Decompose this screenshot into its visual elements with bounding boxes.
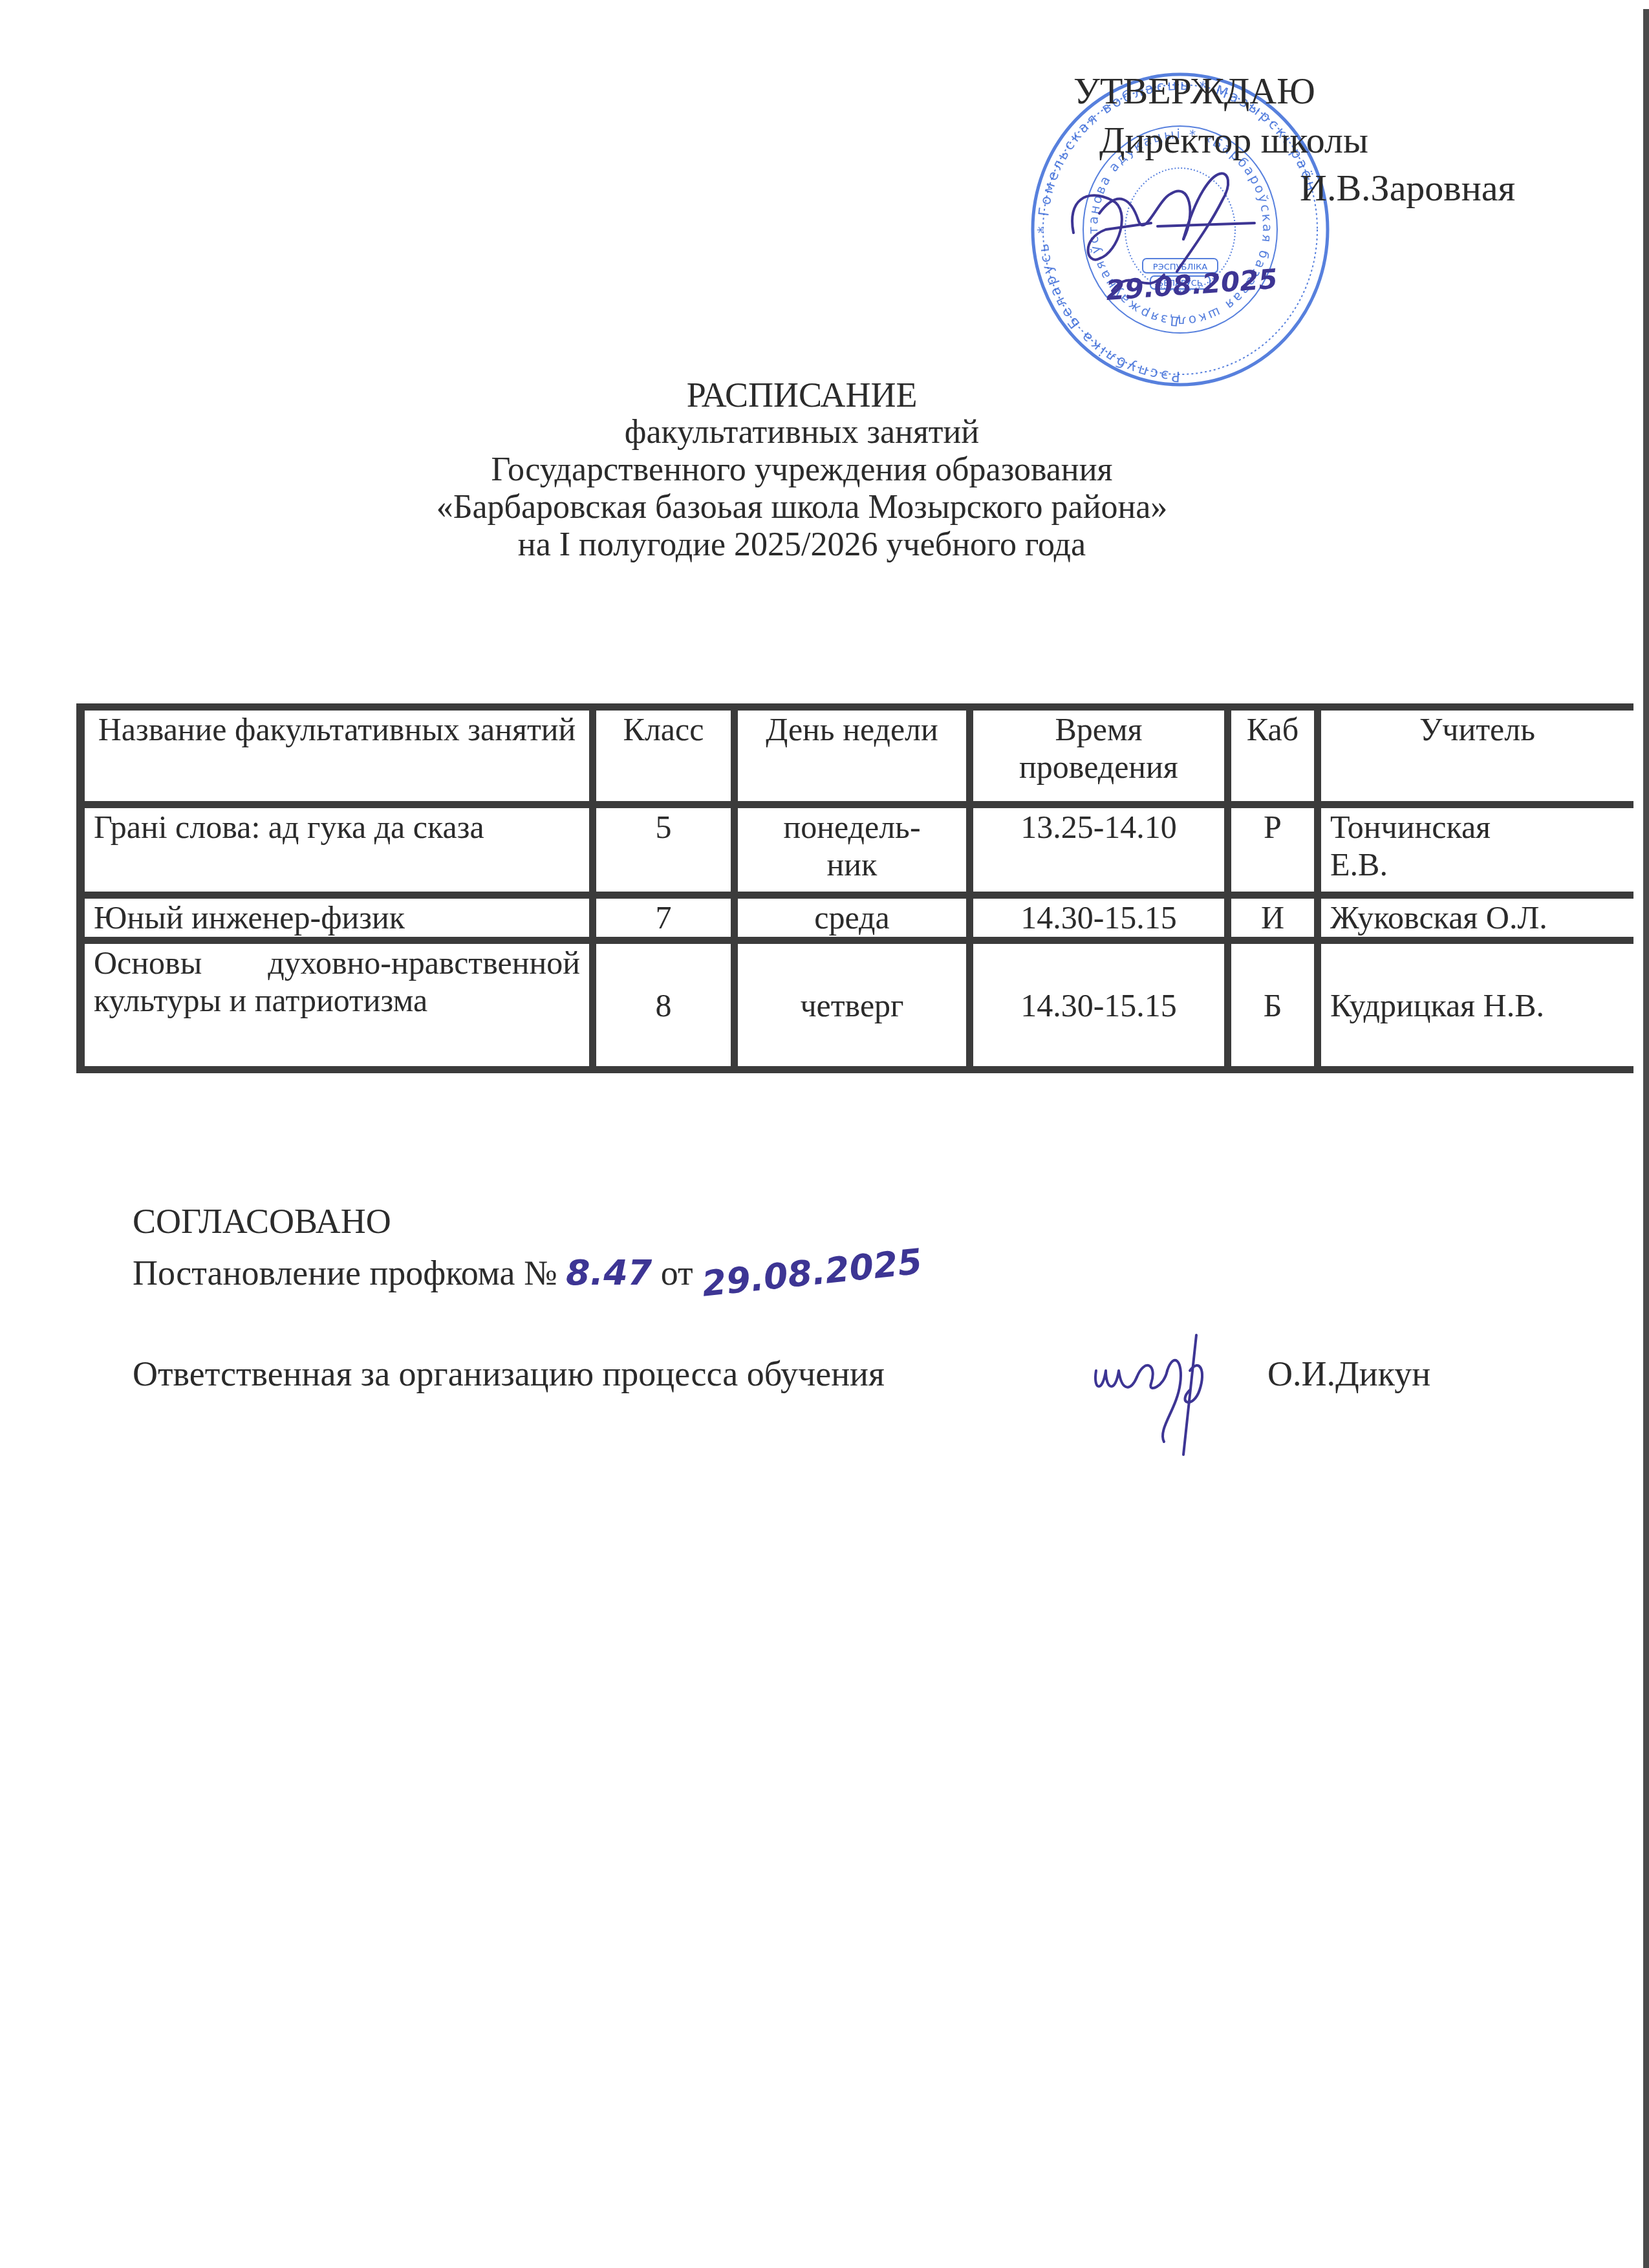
header-time: Время проведения xyxy=(970,707,1228,805)
header-course-name: Название факультативных занятий xyxy=(81,707,593,805)
header-teacher: Учитель xyxy=(1318,707,1634,805)
cell-day-text: понедель-ник xyxy=(783,809,920,883)
header-day: День недели xyxy=(735,707,970,805)
svg-text:29.08.2025: 29.08.2025 xyxy=(1105,263,1278,306)
resolution-prefix: Постановление профкома № xyxy=(133,1254,557,1292)
cell-teacher-text: ТончинскаяЕ.В. xyxy=(1330,809,1491,883)
cell-time: 13.25-14.10 xyxy=(970,805,1228,895)
director-signature-icon: 29.08.2025 xyxy=(1061,162,1345,310)
cell-teacher: ТончинскаяЕ.В. xyxy=(1318,805,1634,895)
document-subtitle-2: Государственного учреждения образования xyxy=(0,451,1649,489)
resolution-line: Постановление профкома № 8.47 от 29.08.2… xyxy=(133,1256,923,1290)
document-subtitle-4: на I полугодие 2025/2026 учебного года xyxy=(0,526,1649,564)
cell-teacher: Кудрицкая Н.В. xyxy=(1318,941,1634,1070)
table-header-row: Название факультативных занятий Класс Де… xyxy=(81,707,1634,805)
cell-class: 7 xyxy=(593,895,735,941)
cell-teacher: Жуковская О.Л. xyxy=(1318,895,1634,941)
resolution-from: от xyxy=(661,1254,693,1292)
table-row: Основы духовно-нравственной культуры и п… xyxy=(81,941,1634,1070)
responsible-name: О.И.Дикун xyxy=(1267,1356,1430,1391)
cell-day: четверг xyxy=(735,941,970,1070)
cell-class: 5 xyxy=(593,805,735,895)
cell-course-name: Юный инженер-физик xyxy=(81,895,593,941)
responsible-label: Ответственная за организацию процесса об… xyxy=(133,1356,885,1391)
cell-course-name: Грані слова: ад гука да сказа xyxy=(81,805,593,895)
cell-class: 8 xyxy=(593,941,735,1070)
cell-room: И xyxy=(1228,895,1318,941)
approval-title: УТВЕРЖДАЮ xyxy=(1073,72,1315,110)
document-title: РАСПИСАНИЕ xyxy=(0,376,1649,414)
header-class: Класс xyxy=(593,707,735,805)
cell-day: среда xyxy=(735,895,970,941)
table-row: Юный инженер-физик 7 среда 14.30-15.15 И… xyxy=(81,895,1634,941)
table-row: Грані слова: ад гука да сказа 5 понедель… xyxy=(81,805,1634,895)
cell-day: понедель-ник xyxy=(735,805,970,895)
cell-course-name: Основы духовно-нравственной культуры и п… xyxy=(81,941,593,1070)
cell-time: 14.30-15.15 xyxy=(970,895,1228,941)
schedule-table: Название факультативных занятий Класс Де… xyxy=(76,703,1633,1073)
document-subtitle-3: «Барбаровская базоьая школа Мозырского р… xyxy=(0,489,1649,526)
responsible-signature-icon xyxy=(1086,1332,1229,1461)
resolution-number: 8.47 xyxy=(566,1252,652,1293)
header-room: Каб xyxy=(1228,707,1318,805)
cell-time: 14.30-15.15 xyxy=(970,941,1228,1070)
cell-room: Б xyxy=(1228,941,1318,1070)
approval-role: Директор школы xyxy=(1099,122,1368,159)
cell-room: Р xyxy=(1228,805,1318,895)
document-subtitle-1: факультативных занятий xyxy=(0,414,1649,451)
document-title-block: РАСПИСАНИЕ факультативных занятий Госуда… xyxy=(0,376,1649,564)
scan-edge-shadow xyxy=(1643,9,1649,2268)
resolution-date: 29.08.2025 xyxy=(700,1244,923,1301)
agreed-title: СОГЛАСОВАНО xyxy=(133,1204,391,1239)
